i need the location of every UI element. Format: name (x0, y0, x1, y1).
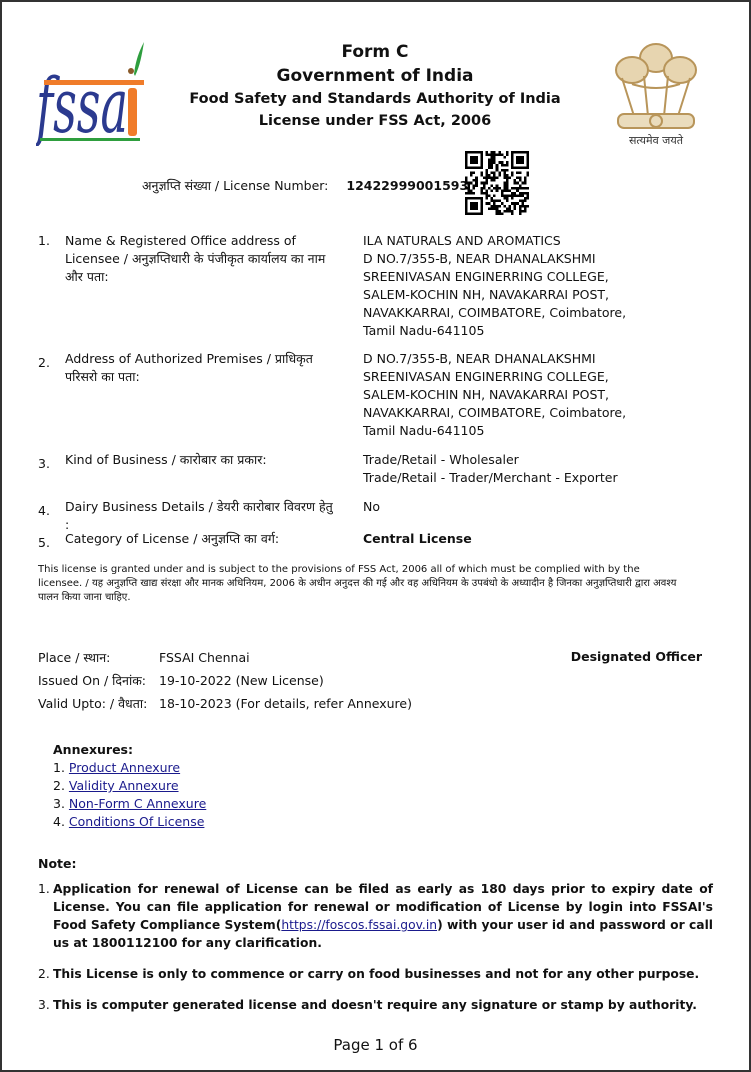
foscos-link[interactable]: https://foscos.fssai.gov.in (281, 918, 437, 932)
value-line: D NO.7/355-B, NEAR DHANALAKSHMI (363, 350, 653, 368)
item-label: Address of Authorized Premises / प्राधिक… (65, 350, 335, 386)
place-value: FSSAI Chennai (159, 650, 250, 665)
fssai-logo: fssa (36, 38, 146, 146)
item-label: Dairy Business Details / डेयरी कारोबार व… (65, 498, 335, 534)
item-value: D NO.7/355-B, NEAR DHANALAKSHMISREENIVAS… (363, 350, 653, 440)
form-title: Form C (160, 42, 590, 62)
place-row: Place / स्थान:FSSAI Chennai (38, 649, 250, 666)
item-label: Category of License / अनुज्ञप्ति का वर्ग… (65, 530, 335, 548)
annexure-item: 2. Validity Annexure (53, 777, 206, 795)
item-number: 3. (38, 455, 62, 473)
valid-value: 18-10-2023 (For details, refer Annexure) (159, 696, 412, 711)
annexure-item: 3. Non-Form C Annexure (53, 795, 206, 813)
value-line: NAVAKKARRAI, COIMBATORE, Coimbatore, (363, 404, 653, 422)
valid-label: Valid Upto: / वैधता: (38, 695, 159, 712)
state-emblem-icon: सत्यमेव जयते (604, 36, 708, 148)
item-number: 1. (38, 232, 62, 250)
license-category: Central License (363, 530, 653, 548)
value-line: Tamil Nadu-641105 (363, 422, 653, 440)
qr-code (465, 151, 529, 215)
item-value: Trade/Retail - WholesalerTrade/Retail - … (363, 451, 653, 487)
issued-label: Issued On / दिनांक: (38, 672, 159, 689)
note-item-1: 1. Application for renewal of License ca… (38, 880, 713, 952)
designated-officer: Designated Officer (540, 649, 702, 664)
value-line: SALEM-KOCHIN NH, NAVAKARRAI POST, (363, 386, 653, 404)
svg-text:fssa: fssa (36, 61, 128, 146)
valid-row: Valid Upto: / वैधता:18-10-2023 (For deta… (38, 695, 412, 712)
detail-item-2: 2. Address of Authorized Premises / प्रा… (38, 350, 698, 442)
annexure-item: 1. Product Annexure (53, 759, 206, 777)
value-line: SREENIVASAN ENGINERRING COLLEGE, (363, 368, 653, 386)
item-number: 4. (38, 502, 62, 520)
value-line: No (363, 498, 653, 516)
detail-item-5: 5. Category of License / अनुज्ञप्ति का व… (38, 530, 698, 550)
value-line: SALEM-KOCHIN NH, NAVAKARRAI POST, (363, 286, 653, 304)
issued-row: Issued On / दिनांक:19-10-2022 (New Licen… (38, 672, 324, 689)
license-number: 12422999001593 (346, 178, 468, 193)
conditions-of-license-link[interactable]: Conditions Of License (69, 814, 204, 829)
license-number-label: अनुज्ञप्ति संख्या / License Number: (142, 178, 328, 193)
value-line: ILA NATURALS AND AROMATICS (363, 232, 653, 250)
value-line: Tamil Nadu-641105 (363, 322, 653, 340)
svg-text:सत्यमेव जयते: सत्यमेव जयते (629, 134, 684, 147)
value-line: Trade/Retail - Trader/Merchant - Exporte… (363, 469, 653, 487)
license-number-row: अनुज्ञप्ति संख्या / License Number: 1242… (142, 177, 468, 194)
note-item-2: 2. This License is only to commence or c… (38, 965, 713, 983)
value-line: Trade/Retail - Wholesaler (363, 451, 653, 469)
detail-item-3: 3. Kind of Business / कारोबार का प्रकार:… (38, 451, 698, 489)
item-label: Name & Registered Office address of Lice… (65, 232, 335, 286)
item-value: No (363, 498, 653, 516)
non-form-c-annexure-link[interactable]: Non-Form C Annexure (69, 796, 206, 811)
issued-value: 19-10-2022 (New License) (159, 673, 324, 688)
detail-item-1: 1. Name & Registered Office address of L… (38, 232, 698, 342)
authority-title: Food Safety and Standards Authority of I… (160, 91, 590, 107)
value-line: Central License (363, 530, 653, 548)
government-title: Government of India (160, 66, 590, 86)
value-line: D NO.7/355-B, NEAR DHANALAKSHMI (363, 250, 653, 268)
note-title: Note: (38, 856, 77, 871)
annexures-section: Annexures: 1. Product Annexure 2. Validi… (53, 741, 206, 831)
detail-item-4: 4. Dairy Business Details / डेयरी कारोबा… (38, 498, 698, 518)
item-label: Kind of Business / कारोबार का प्रकार: (65, 451, 335, 469)
item-value: ILA NATURALS AND AROMATICSD NO.7/355-B, … (363, 232, 653, 340)
value-line: NAVAKKARRAI, COIMBATORE, Coimbatore, (363, 304, 653, 322)
act-title: License under FSS Act, 2006 (160, 113, 590, 129)
validity-annexure-link[interactable]: Validity Annexure (69, 778, 179, 793)
value-line: SREENIVASAN ENGINERRING COLLEGE, (363, 268, 653, 286)
page-number: Page 1 of 6 (0, 1036, 751, 1054)
note-item-3: 3. This is computer generated license an… (38, 996, 713, 1014)
place-label: Place / स्थान: (38, 649, 159, 666)
item-number: 5. (38, 534, 62, 552)
annexure-item: 4. Conditions Of License (53, 813, 206, 831)
disclaimer-text: This license is granted under and is sub… (38, 563, 678, 605)
product-annexure-link[interactable]: Product Annexure (69, 760, 180, 775)
item-number: 2. (38, 354, 62, 372)
annexures-title: Annexures: (53, 741, 206, 759)
